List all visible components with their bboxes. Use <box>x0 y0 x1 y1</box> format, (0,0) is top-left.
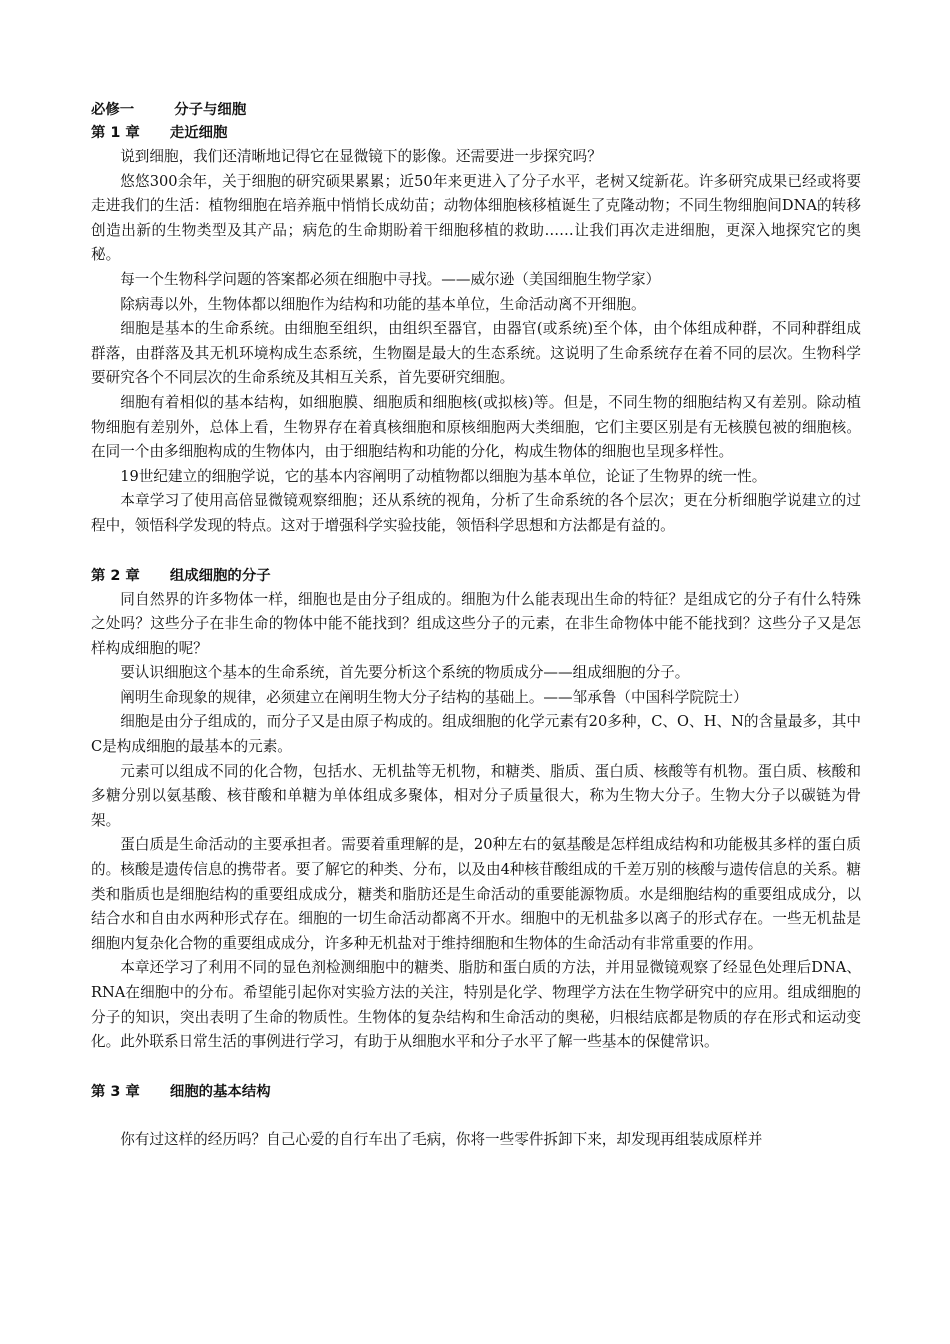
chapter-3: 第 3 章 细胞的基本结构 你有过这样的经历吗？自己心爱的自行车出了毛病，你将一… <box>91 1081 861 1153</box>
paragraph: 悠悠300余年，关于细胞的研究硕果累累；近50年来更进入了分子水平，老树又绽新花… <box>91 170 861 268</box>
chapter-2: 第 2 章 组成细胞的分子 同自然界的许多物体一样，细胞也是由分子组成的。细胞为… <box>91 565 861 1055</box>
quote-paragraph: 阐明生命现象的规律，必须建立在阐明生物大分子结构的基础上。——邹承鲁（中国科学院… <box>91 686 861 711</box>
paragraph: 本章学习了使用高倍显微镜观察细胞；还从系统的视角，分析了生命系统的各个层次；更在… <box>91 489 861 538</box>
chapter-1: 第 1 章 走近细胞 说到细胞，我们还清晰地记得它在显微镜下的影像。还需要进一步… <box>91 122 861 539</box>
paragraph: 除病毒以外，生物体都以细胞作为结构和功能的基本单位，生命活动离不开细胞。 <box>91 293 861 318</box>
paragraph: 蛋白质是生命活动的主要承担者。需要着重理解的是，20种左右的氨基酸是怎样组成结构… <box>91 833 861 956</box>
module-heading: 必修一 分子与细胞 <box>91 99 861 122</box>
spacer <box>91 1055 861 1081</box>
chapter-title: 第 1 章 走近细胞 <box>91 122 861 145</box>
paragraph: 19世纪建立的细胞学说，它的基本内容阐明了动植物都以细胞为基本单位，论证了生物界… <box>91 465 861 490</box>
paragraph: 细胞有着相似的基本结构，如细胞膜、细胞质和细胞核(或拟核)等。但是，不同生物的细… <box>91 391 861 465</box>
chapter-title: 第 2 章 组成细胞的分子 <box>91 565 861 588</box>
paragraph: 说到细胞，我们还清晰地记得它在显微镜下的影像。还需要进一步探究吗？ <box>91 145 861 170</box>
paragraph: 细胞是基本的生命系统。由细胞至组织，由组织至器官，由器官(或系统)至个体，由个体… <box>91 317 861 391</box>
paragraph: 你有过这样的经历吗？自己心爱的自行车出了毛病，你将一些零件拆卸下来，却发现再组装… <box>91 1128 861 1153</box>
paragraph: 本章还学习了利用不同的显色剂检测细胞中的糖类、脂肪和蛋白质的方法，并用显微镜观察… <box>91 956 861 1054</box>
quote-paragraph: 每一个生物科学问题的答案都必须在细胞中寻找。——威尔逊（美国细胞生物学家） <box>91 268 861 293</box>
spacer <box>91 539 861 565</box>
paragraph: 同自然界的许多物体一样，细胞也是由分子组成的。细胞为什么能表现出生命的特征？是组… <box>91 588 861 662</box>
spacer <box>91 1104 861 1128</box>
paragraph: 细胞是由分子组成的，而分子又是由原子构成的。组成细胞的化学元素有20多种，C、O… <box>91 710 861 759</box>
chapter-title: 第 3 章 细胞的基本结构 <box>91 1081 861 1104</box>
paragraph: 要认识细胞这个基本的生命系统，首先要分析这个系统的物质成分——组成细胞的分子。 <box>91 661 861 686</box>
paragraph: 元素可以组成不同的化合物，包括水、无机盐等无机物，和糖类、脂质、蛋白质、核酸等有… <box>91 760 861 834</box>
document-page: 必修一 分子与细胞 第 1 章 走近细胞 说到细胞，我们还清晰地记得它在显微镜下… <box>91 99 861 1152</box>
